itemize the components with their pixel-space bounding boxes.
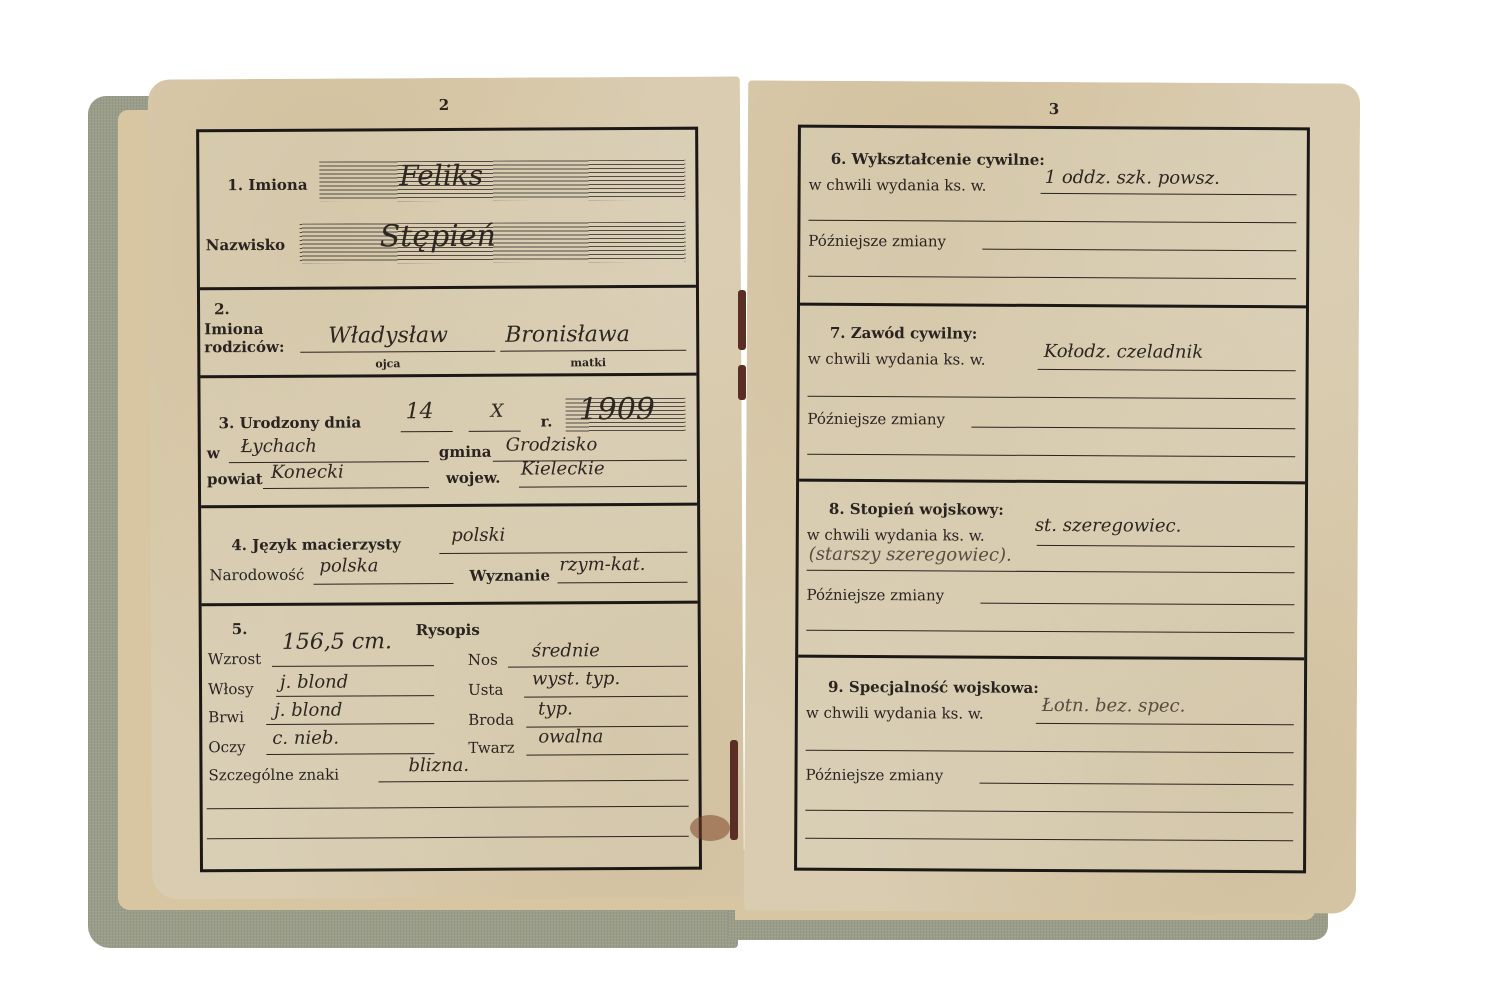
section-description: 5. Rysopis Wzrost 156,5 cm. Nos średnie … — [202, 604, 699, 870]
spine-thread-top — [738, 290, 746, 350]
language-value: polski — [451, 525, 505, 546]
parents-number: 2. — [214, 300, 230, 318]
birth-day-value: 14 — [406, 399, 434, 424]
brwi-value: j. blond — [274, 700, 342, 721]
section-education: 6. Wykształcenie cywilne: w chwili wydan… — [800, 128, 1307, 309]
section-military-specialty: 9. Specjalność wojskowa: w chwili wydani… — [797, 658, 1304, 865]
nationality-label: Narodowość — [209, 566, 304, 584]
rank-extra-value: (starszy szeregowiec). — [809, 544, 1012, 566]
occupation-later-label: Późniejsze zmiany — [807, 410, 945, 429]
education-value: 1 oddz. szk. powsz. — [1045, 167, 1220, 189]
page-number-left: 2 — [148, 94, 740, 115]
broda-label: Broda — [468, 711, 514, 729]
gmina-value: Grodzisko — [506, 434, 598, 455]
specialty-heading: 9. Specjalność wojskowa: — [828, 678, 1039, 697]
oczy-value: c. nieb. — [272, 728, 339, 749]
znaki-label: Szczególne znaki — [208, 766, 339, 785]
wlosy-label: Włosy — [208, 680, 254, 698]
imiona-value: Feliks — [399, 159, 483, 192]
specialty-later-label: Późniejsze zmiany — [805, 766, 943, 785]
rank-later-label: Późniejsze zmiany — [806, 586, 944, 605]
specialty-value: Łotn. bez. spec. — [1042, 695, 1186, 717]
right-form-frame: 6. Wykształcenie cywilne: w chwili wydan… — [794, 125, 1310, 874]
nazwisko-label: Nazwisko — [206, 236, 285, 254]
education-heading: 6. Wykształcenie cywilne: — [831, 150, 1045, 169]
usta-label: Usta — [468, 681, 503, 699]
parents-label-2: rodziców: — [204, 338, 284, 356]
born-label: 3. Urodzony dnia — [219, 413, 362, 432]
page-number-right: 3 — [748, 98, 1360, 119]
twarz-value: owalna — [538, 726, 603, 747]
year-label: r. — [541, 412, 553, 430]
gmina-label: gmina — [439, 443, 492, 461]
znaki-value: blizna. — [408, 755, 469, 776]
occupation-value: Kołodz. czeladnik — [1044, 341, 1204, 363]
birth-year-value: 1909 — [579, 392, 656, 427]
description-heading: Rysopis — [416, 621, 480, 639]
oczy-label: Oczy — [208, 738, 245, 756]
imiona-label: 1. Imiona — [227, 176, 307, 194]
rust-stain — [690, 815, 730, 841]
powiat-label: powiat — [207, 470, 263, 488]
section-military-rank: 8. Stopień wojskowy: w chwili wydania ks… — [798, 482, 1305, 661]
mother-value: Bronisława — [505, 322, 630, 348]
wzrost-value: 156,5 cm. — [282, 629, 392, 655]
section-names: 1. Imiona Feliks Nazwisko Stępień — [199, 130, 696, 291]
mother-caption: matki — [570, 356, 606, 369]
wzrost-label: Wzrost — [208, 650, 261, 668]
rank-heading: 8. Stopień wojskowy: — [829, 500, 1004, 519]
education-issue-label: w chwili wydania ks. w. — [809, 176, 987, 195]
occupation-heading: 7. Zawód cywilny: — [830, 324, 978, 343]
wojew-label: wojew. — [446, 469, 501, 487]
nos-label: Nos — [468, 651, 498, 669]
specialty-issue-label: w chwili wydania ks. w. — [806, 704, 984, 723]
spine-thread-bottom — [730, 740, 738, 840]
imiona-hatch — [319, 160, 685, 202]
religion-value: rzym-kat. — [559, 554, 645, 575]
left-form-frame: 1. Imiona Feliks Nazwisko Stępień 2. Imi… — [196, 127, 702, 873]
brwi-label: Brwi — [208, 708, 244, 726]
father-value: Władysław — [328, 323, 448, 349]
left-page: 2 1. Imiona Feliks Nazwisko Stępień 2. I… — [148, 76, 744, 899]
description-number: 5. — [232, 620, 248, 638]
nazwisko-value: Stępień — [380, 219, 496, 255]
wlosy-value: j. blond — [280, 672, 348, 693]
section-parents: 2. Imiona rodziców: Władysław Bronisława… — [200, 288, 696, 379]
father-caption: ojca — [375, 357, 400, 370]
section-occupation: 7. Zawód cywilny: w chwili wydania ks. w… — [799, 306, 1306, 485]
education-later-label: Późniejsze zmiany — [808, 232, 946, 251]
religion-label: Wyznanie — [469, 566, 550, 584]
usta-value: wyst. typ. — [532, 668, 620, 689]
occupation-issue-label: w chwili wydania ks. w. — [808, 350, 986, 369]
place-value: Łychach — [241, 436, 317, 457]
powiat-value: Konecki — [271, 462, 344, 483]
wojew-value: Kieleckie — [521, 458, 605, 479]
spine-thread-upper — [738, 365, 746, 400]
nationality-value: polska — [319, 555, 378, 576]
birth-month-value: X — [491, 401, 504, 422]
place-label: w — [207, 444, 220, 462]
twarz-label: Twarz — [468, 739, 514, 757]
broda-value: typ. — [538, 698, 573, 719]
right-page: 3 6. Wykształcenie cywilne: w chwili wyd… — [744, 80, 1360, 913]
nos-value: średnie — [532, 640, 600, 661]
section-birth: 3. Urodzony dnia 14 X r. 1909 w Łychach … — [200, 376, 697, 509]
rank-value: st. szeregowiec. — [1035, 515, 1182, 537]
rank-issue-label: w chwili wydania ks. w. — [807, 526, 985, 545]
section-language: 4. Język macierzysty polski Narodowość p… — [201, 506, 698, 607]
parents-label-1: Imiona — [204, 320, 263, 338]
language-label: 4. Język macierzysty — [231, 535, 401, 554]
